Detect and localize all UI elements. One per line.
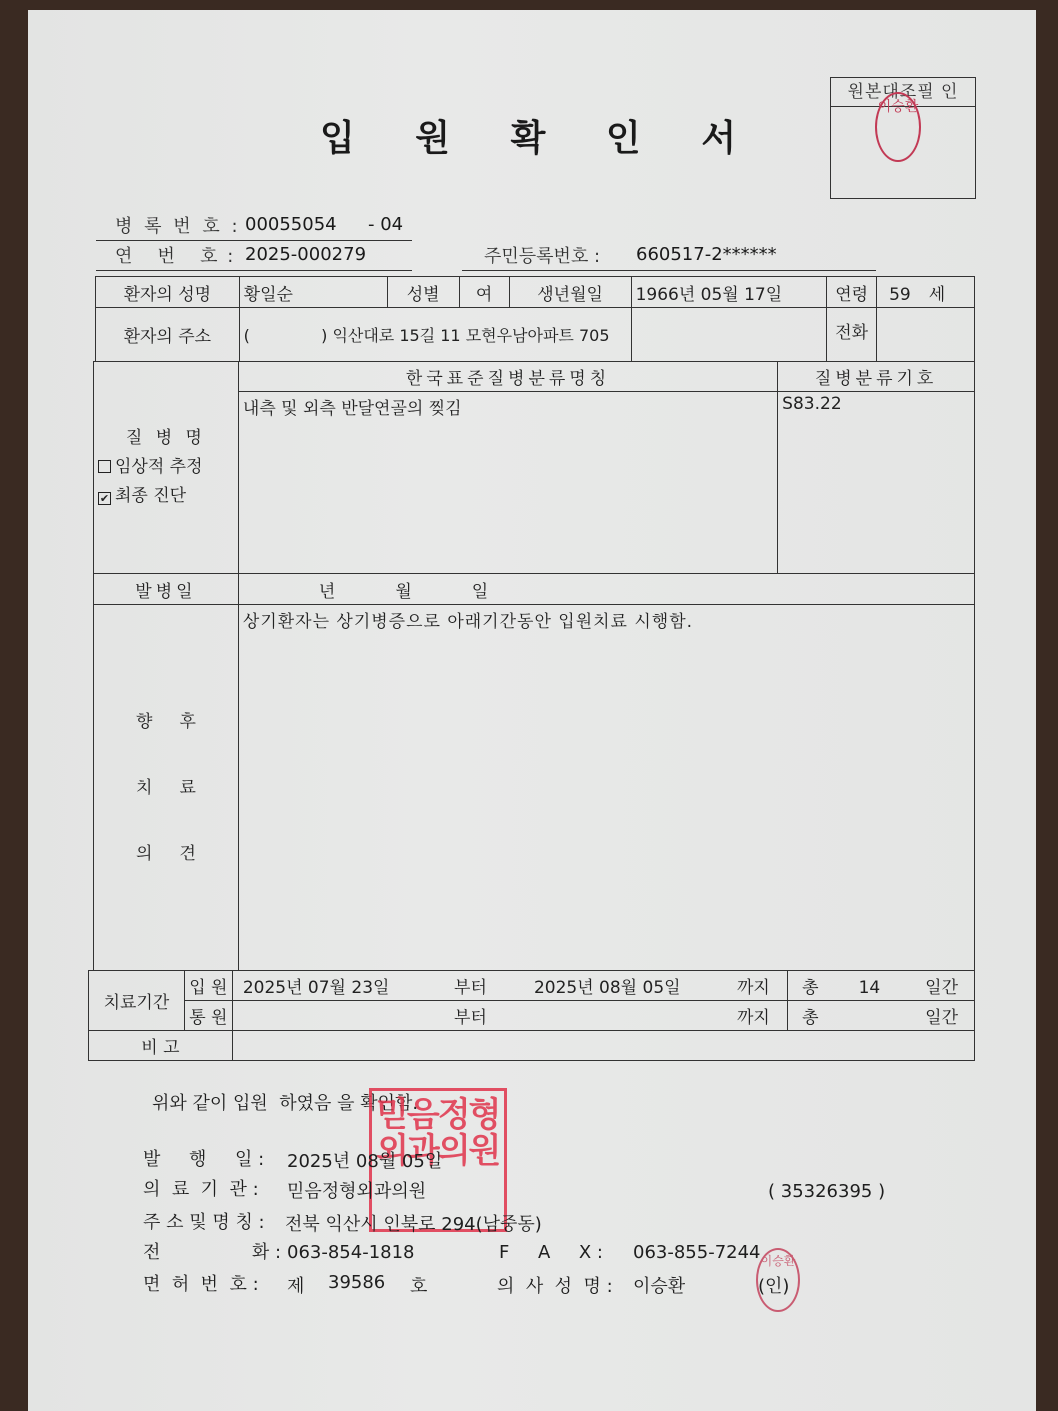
inpatient-to-word: 까지	[720, 971, 788, 1001]
checkbox-checked-icon[interactable]: ✔	[98, 492, 111, 505]
license-no: 39586	[328, 1272, 385, 1293]
remarks-label: 비 고	[89, 1031, 233, 1061]
onset-value: 년월일	[238, 574, 974, 605]
disease-name-header: 한국표준질병분류명칭	[238, 362, 777, 392]
issue-date-label: 발 행 일 :	[143, 1145, 264, 1171]
treatment-table: 치료기간 입 원 2025년 07월 23일 부터 2025년 08월 05일 …	[88, 970, 975, 1061]
institution-phone: 063-854-1818	[287, 1242, 415, 1263]
address-cell: ( ) 익산대로 15길 11 모현우남아파트 705	[239, 308, 631, 362]
divider	[462, 270, 876, 271]
doctor-seal-stamp: 이승환	[875, 92, 921, 162]
address-label: 주 소 및 명 칭 :	[143, 1208, 265, 1234]
option-final-diagnosis[interactable]: ✔최종 진단	[98, 482, 234, 511]
disease-name: 내측 및 외측 반달연골의 찢김	[238, 392, 777, 574]
opinion-label: 향 후치 료의 견	[94, 605, 239, 971]
patient-name-label: 환자의 성명	[96, 277, 240, 308]
address-label: 환자의 주소	[96, 308, 240, 362]
age-cell: 59세	[877, 277, 975, 308]
phone-value	[877, 308, 975, 362]
age-value: 59	[889, 285, 911, 305]
disease-code-header: 질병분류기호	[778, 362, 975, 392]
address-value: 익산대로 15길 11 모현우남아파트 705	[332, 326, 609, 345]
serial-no-value: 2025-000279	[245, 244, 366, 265]
phone-label: 전화	[827, 308, 877, 362]
inpatient-from: 2025년 07월 23일	[232, 971, 450, 1001]
resident-no-value: 660517-2******	[636, 244, 777, 265]
address-zip: ( )	[244, 326, 328, 345]
original-check-box: 원본대조필 인 이승환	[830, 77, 976, 199]
remarks-value	[232, 1031, 974, 1061]
diagnosis-label-cell: 질 병 명 임상적 추정 ✔최종 진단	[94, 362, 239, 574]
license-label: 면 허 번 호 :	[143, 1270, 259, 1296]
institution-fax: 063-855-7244	[633, 1242, 761, 1263]
license-prefix: 제	[287, 1272, 304, 1298]
doctor-label: 의 사 성 명 :	[497, 1272, 613, 1298]
institution-address: 전북 익산시 인북로 294(남중동)	[285, 1210, 542, 1236]
record-no-label: 병 록 번 호 :	[115, 212, 241, 238]
patient-info-table: 환자의 성명 황일순 성별 여 생년월일 1966년 05월 17일 연령 59…	[95, 276, 975, 362]
inpatient-total: 총14일간	[788, 971, 975, 1001]
fax-label: F A X :	[499, 1242, 603, 1263]
divider	[96, 270, 412, 271]
opinion-text: 상기환자는 상기병증으로 아래기간동안 입원치료 시행함.	[238, 605, 974, 971]
divider	[96, 240, 412, 241]
outpatient-from	[232, 1001, 450, 1031]
document-title: 입 원 확 인 서	[320, 110, 760, 161]
record-no-suffix: - 04	[368, 214, 403, 235]
birth-label: 생년월일	[509, 277, 631, 308]
inpatient-from-word: 부터	[450, 971, 530, 1001]
outpatient-to-word: 까지	[720, 1001, 788, 1031]
checkbox-unchecked-icon[interactable]	[98, 460, 111, 473]
outpatient-total: 총일간	[788, 1001, 975, 1031]
birth-value: 1966년 05월 17일	[631, 277, 827, 308]
issue-date: 2025년 08월 05일	[287, 1147, 442, 1173]
treatment-period-label: 치료기간	[89, 971, 185, 1031]
serial-no-label: 연 번 호 :	[115, 242, 235, 268]
doctor-signature-seal: 이승환	[756, 1248, 800, 1312]
outpatient-to	[530, 1001, 720, 1031]
institution-label: 의 료 기 관 :	[143, 1175, 259, 1201]
inpatient-days: 14	[859, 978, 881, 998]
license-suffix: 호	[410, 1272, 427, 1298]
inpatient-to: 2025년 08월 05일	[530, 971, 720, 1001]
patient-name: 황일순	[239, 277, 387, 308]
inpatient-label: 입 원	[184, 971, 232, 1001]
doctor-name: 이승환	[633, 1272, 685, 1298]
outpatient-from-word: 부터	[450, 1001, 530, 1031]
outpatient-label: 통 원	[184, 1001, 232, 1031]
institution-code: ( 35326395 )	[768, 1181, 885, 1202]
disease-code: S83.22	[778, 392, 975, 574]
option-clinical-estimate[interactable]: 임상적 추정	[98, 453, 234, 482]
sex-label: 성별	[387, 277, 459, 308]
age-label: 연령	[827, 277, 877, 308]
phone-label: 전 화 :	[143, 1238, 281, 1264]
sex-value: 여	[459, 277, 509, 308]
diagnosis-table: 질 병 명 임상적 추정 ✔최종 진단 한국표준질병분류명칭 질병분류기호 내측…	[93, 361, 975, 971]
diagnosis-section-label: 질 병 명	[98, 424, 234, 453]
record-no-value: 00055054	[245, 214, 337, 235]
onset-label: 발병일	[94, 574, 239, 605]
institution-name: 믿음정형외과의원	[287, 1177, 426, 1203]
age-unit: 세	[929, 285, 945, 305]
resident-no-label: 주민등록번호 :	[484, 242, 600, 268]
